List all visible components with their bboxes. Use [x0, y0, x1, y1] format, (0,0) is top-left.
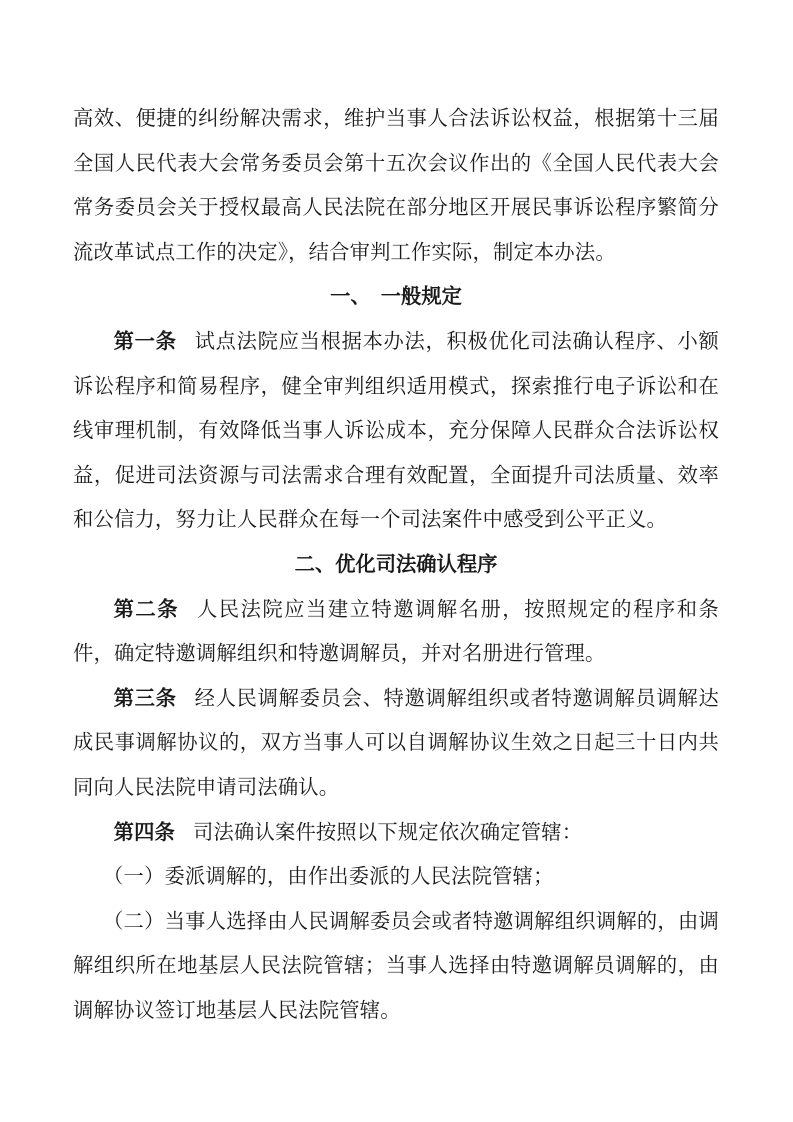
article-text: 司法确认案件按照以下规定依次确定管辖： — [193, 820, 582, 844]
article-4-item-2: （二）当事人选择由人民调解委员会或者特邀调解组织调解的，由调解组织所在地基层人民… — [73, 899, 719, 1033]
article-label: 第四条 — [114, 820, 175, 844]
article-label: 第二条 — [114, 597, 179, 621]
article-text: 试点法院应当根据本办法，积极优化司法确认程序、小额诉讼程序和简易程序，健全审判组… — [73, 329, 719, 531]
article-4-item-1: （一）委派调解的，由作出委派的人民法院管辖； — [73, 854, 719, 899]
article-label: 第三条 — [114, 686, 177, 710]
article-4: 第四条司法确认案件按照以下规定依次确定管辖： — [73, 810, 719, 855]
article-2: 第二条人民法院应当建立特邀调解名册，按照规定的程序和条件，确定特邀调解组织和特邀… — [73, 587, 719, 676]
article-3: 第三条经人民调解委员会、特邀调解组织或者特邀调解员调解达成民事调解协议的，双方当… — [73, 676, 719, 810]
article-label: 第一条 — [114, 329, 177, 353]
section-heading-judicial-confirmation: 二、优化司法确认程序 — [73, 542, 719, 587]
article-1: 第一条试点法院应当根据本办法，积极优化司法确认程序、小额诉讼程序和简易程序，健全… — [73, 319, 719, 542]
section-heading-general-provisions: 一、 一般规定 — [73, 274, 719, 319]
document-page: 高效、便捷的纠纷解决需求，维护当事人合法诉讼权益，根据第十三届全国人民代表大会常… — [73, 96, 719, 1032]
intro-paragraph: 高效、便捷的纠纷解决需求，维护当事人合法诉讼权益，根据第十三届全国人民代表大会常… — [73, 96, 719, 274]
